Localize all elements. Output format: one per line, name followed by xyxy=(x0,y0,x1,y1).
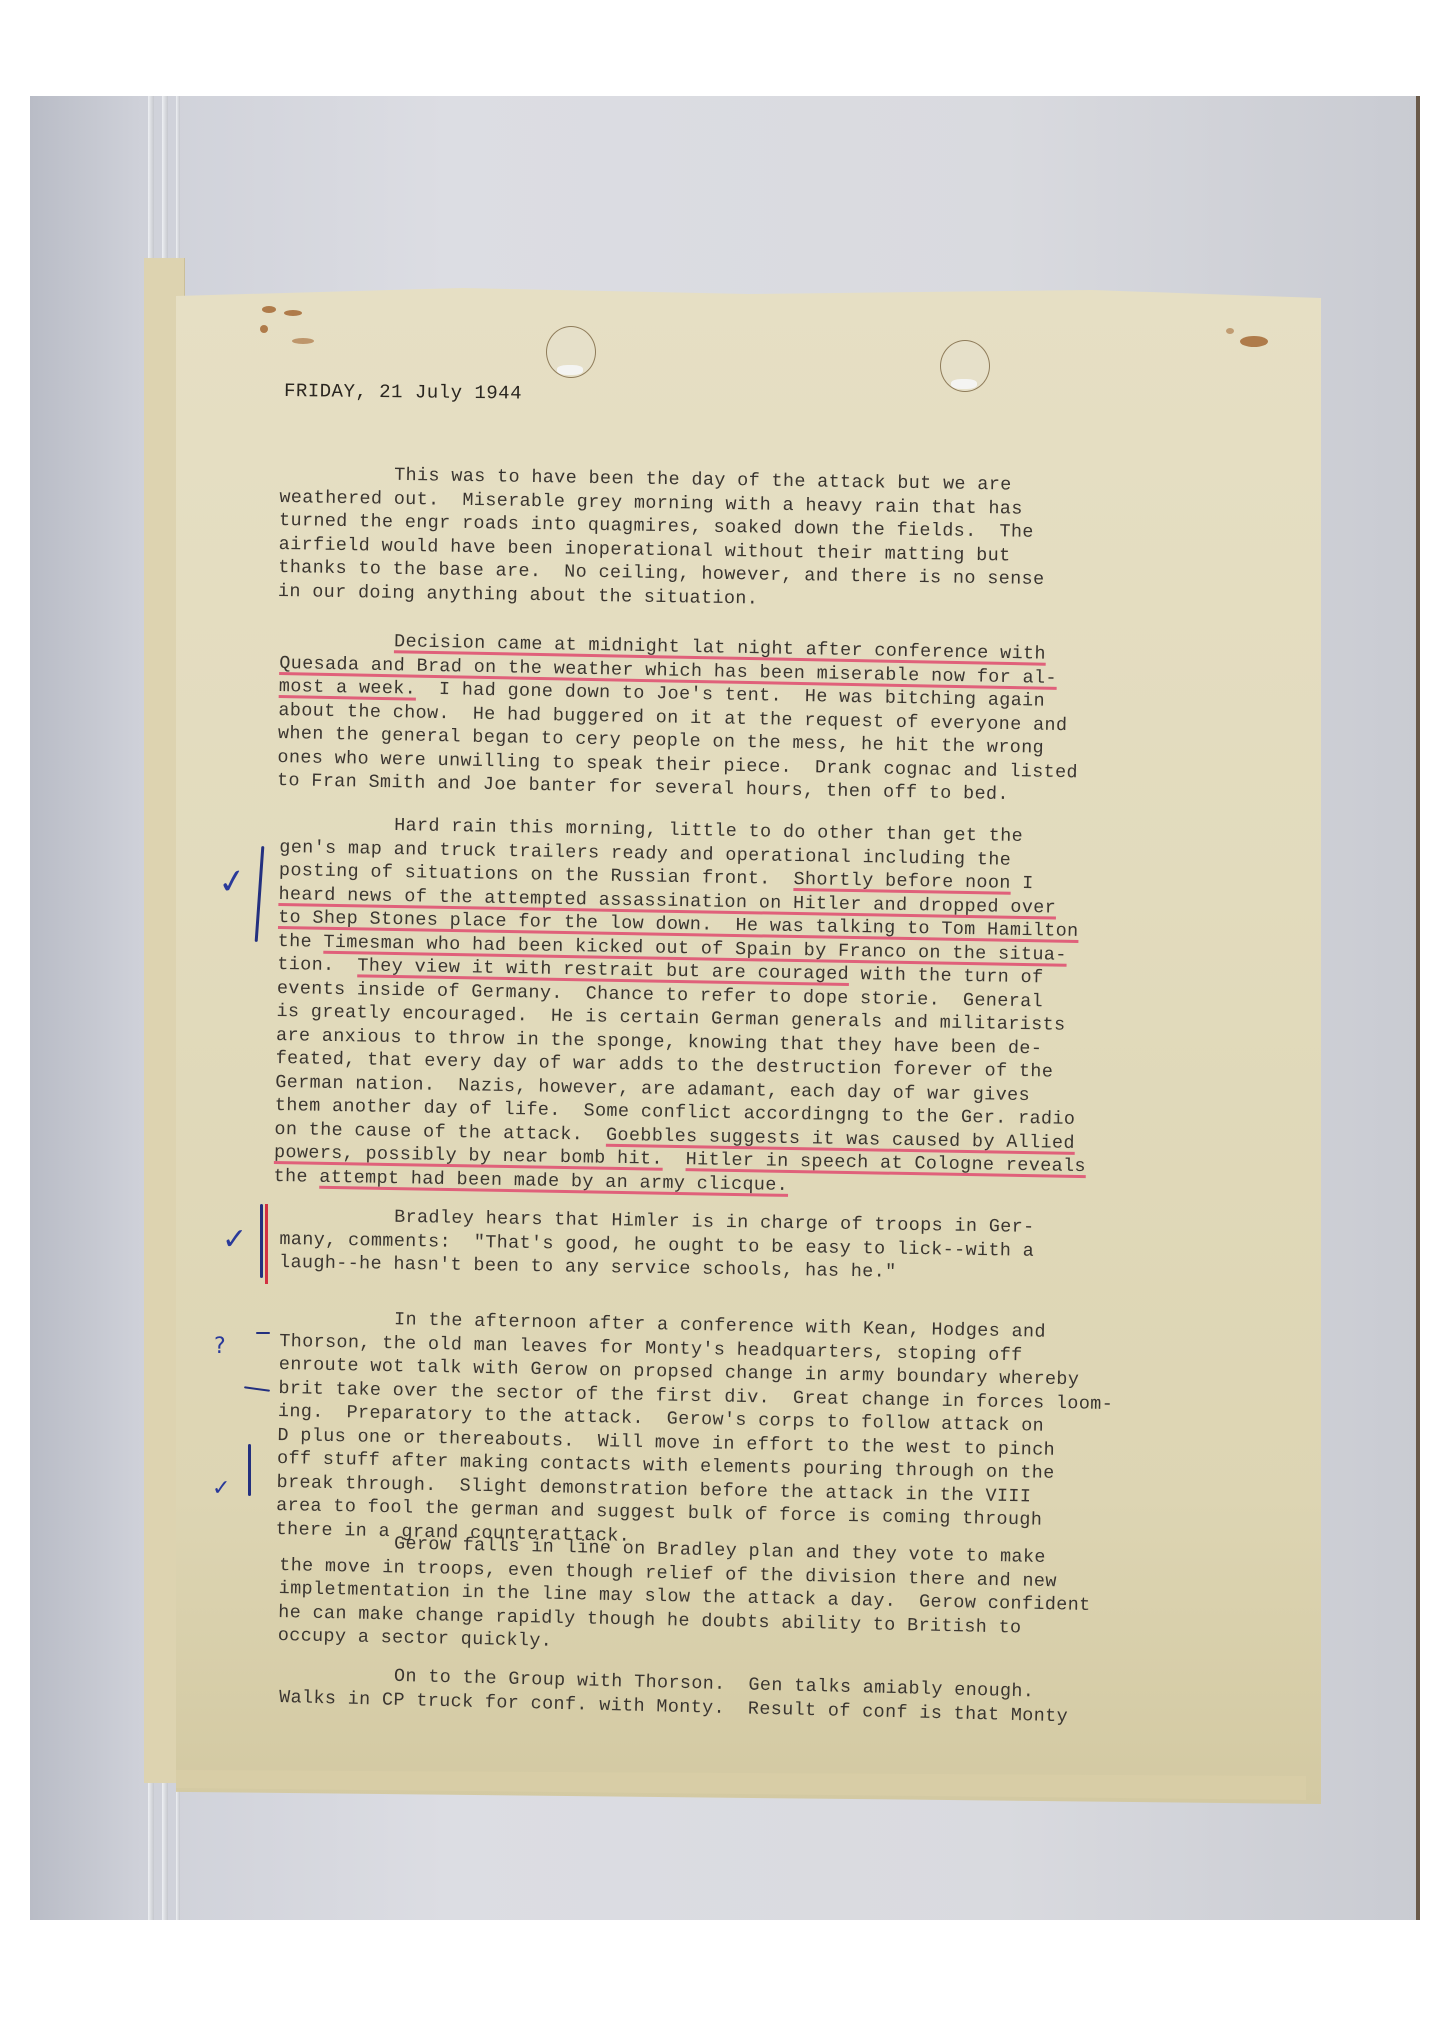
question-mark-annotation: ? xyxy=(214,1334,226,1359)
paragraph: In the afternoon after a conference with… xyxy=(275,1306,1269,1560)
rust-stain xyxy=(1226,328,1234,334)
paragraph: This was to have been the day of the att… xyxy=(278,462,1270,619)
rust-stain xyxy=(262,306,276,313)
rust-stain xyxy=(260,325,268,333)
typed-text: occupy a sector quickly. xyxy=(278,1625,553,1652)
underlined-text: most a week. xyxy=(279,676,417,700)
paragraph: Hard rain this morning, little to do oth… xyxy=(273,812,1269,1205)
typed-text: with the turn of xyxy=(849,964,1044,988)
rust-stain xyxy=(1240,336,1268,347)
margin-line-annotation xyxy=(248,1444,251,1496)
typed-text: the xyxy=(273,1165,319,1187)
checkmark-annotation: ✓ xyxy=(222,1222,247,1257)
typed-text: I xyxy=(1011,873,1034,894)
typed-text xyxy=(280,629,395,652)
typed-text xyxy=(663,1149,686,1170)
checkmark-annotation: ✓ xyxy=(215,860,249,904)
paragraph: Gerow falls in line on Bradley plan and … xyxy=(278,1530,1270,1668)
date-heading: FRIDAY, 21 July 1944 xyxy=(284,380,522,404)
margin-line-annotation xyxy=(260,1204,263,1278)
underlined-text: Shortly before noon xyxy=(793,869,1011,894)
typed-text: the xyxy=(278,930,324,952)
rust-stain xyxy=(284,310,302,316)
checkmark-annotation: ✓ xyxy=(212,1476,230,1501)
paragraph: Decision came at midnight lat night afte… xyxy=(277,628,1270,811)
typed-text: tion. xyxy=(277,954,357,976)
margin-red-line-annotation xyxy=(265,1204,268,1284)
rust-stain xyxy=(292,338,314,344)
punch-hole xyxy=(546,326,596,378)
punch-hole xyxy=(940,340,990,392)
margin-dash-annotation xyxy=(256,1332,270,1334)
